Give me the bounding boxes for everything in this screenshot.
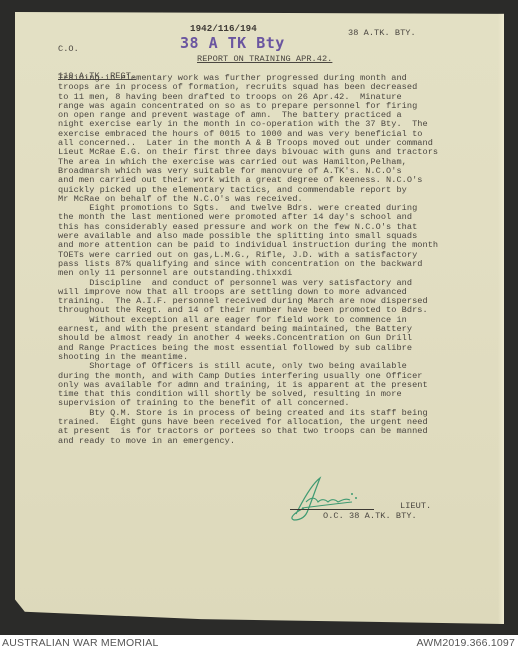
sender-unit: 38 A.TK. BTY. — [348, 29, 416, 38]
institution-caption: AUSTRALIAN WAR MEMORIAL — [2, 637, 158, 649]
reference-number: 1942/116/194 — [190, 24, 257, 33]
report-title: REPORT ON TRAINING APR.42. — [197, 55, 332, 64]
scan-background: C.O. 110 A.TK. REGT. 1942/116/194 38 A T… — [0, 0, 518, 635]
signatory-unit: O.C. 38 A.TK. BTY. — [323, 512, 417, 521]
body-line: and ready to move in an emergency. — [58, 437, 498, 446]
unit-stamp: 38 A TK Bty — [180, 34, 285, 52]
signatory-rank: LIEUT. — [400, 502, 431, 511]
addressee-line-1: C.O. — [58, 45, 136, 54]
signature-rule — [290, 509, 374, 510]
report-body: Training in elementary work was further … — [58, 74, 498, 446]
accession-number: AWM2019.366.1097 — [416, 637, 515, 649]
